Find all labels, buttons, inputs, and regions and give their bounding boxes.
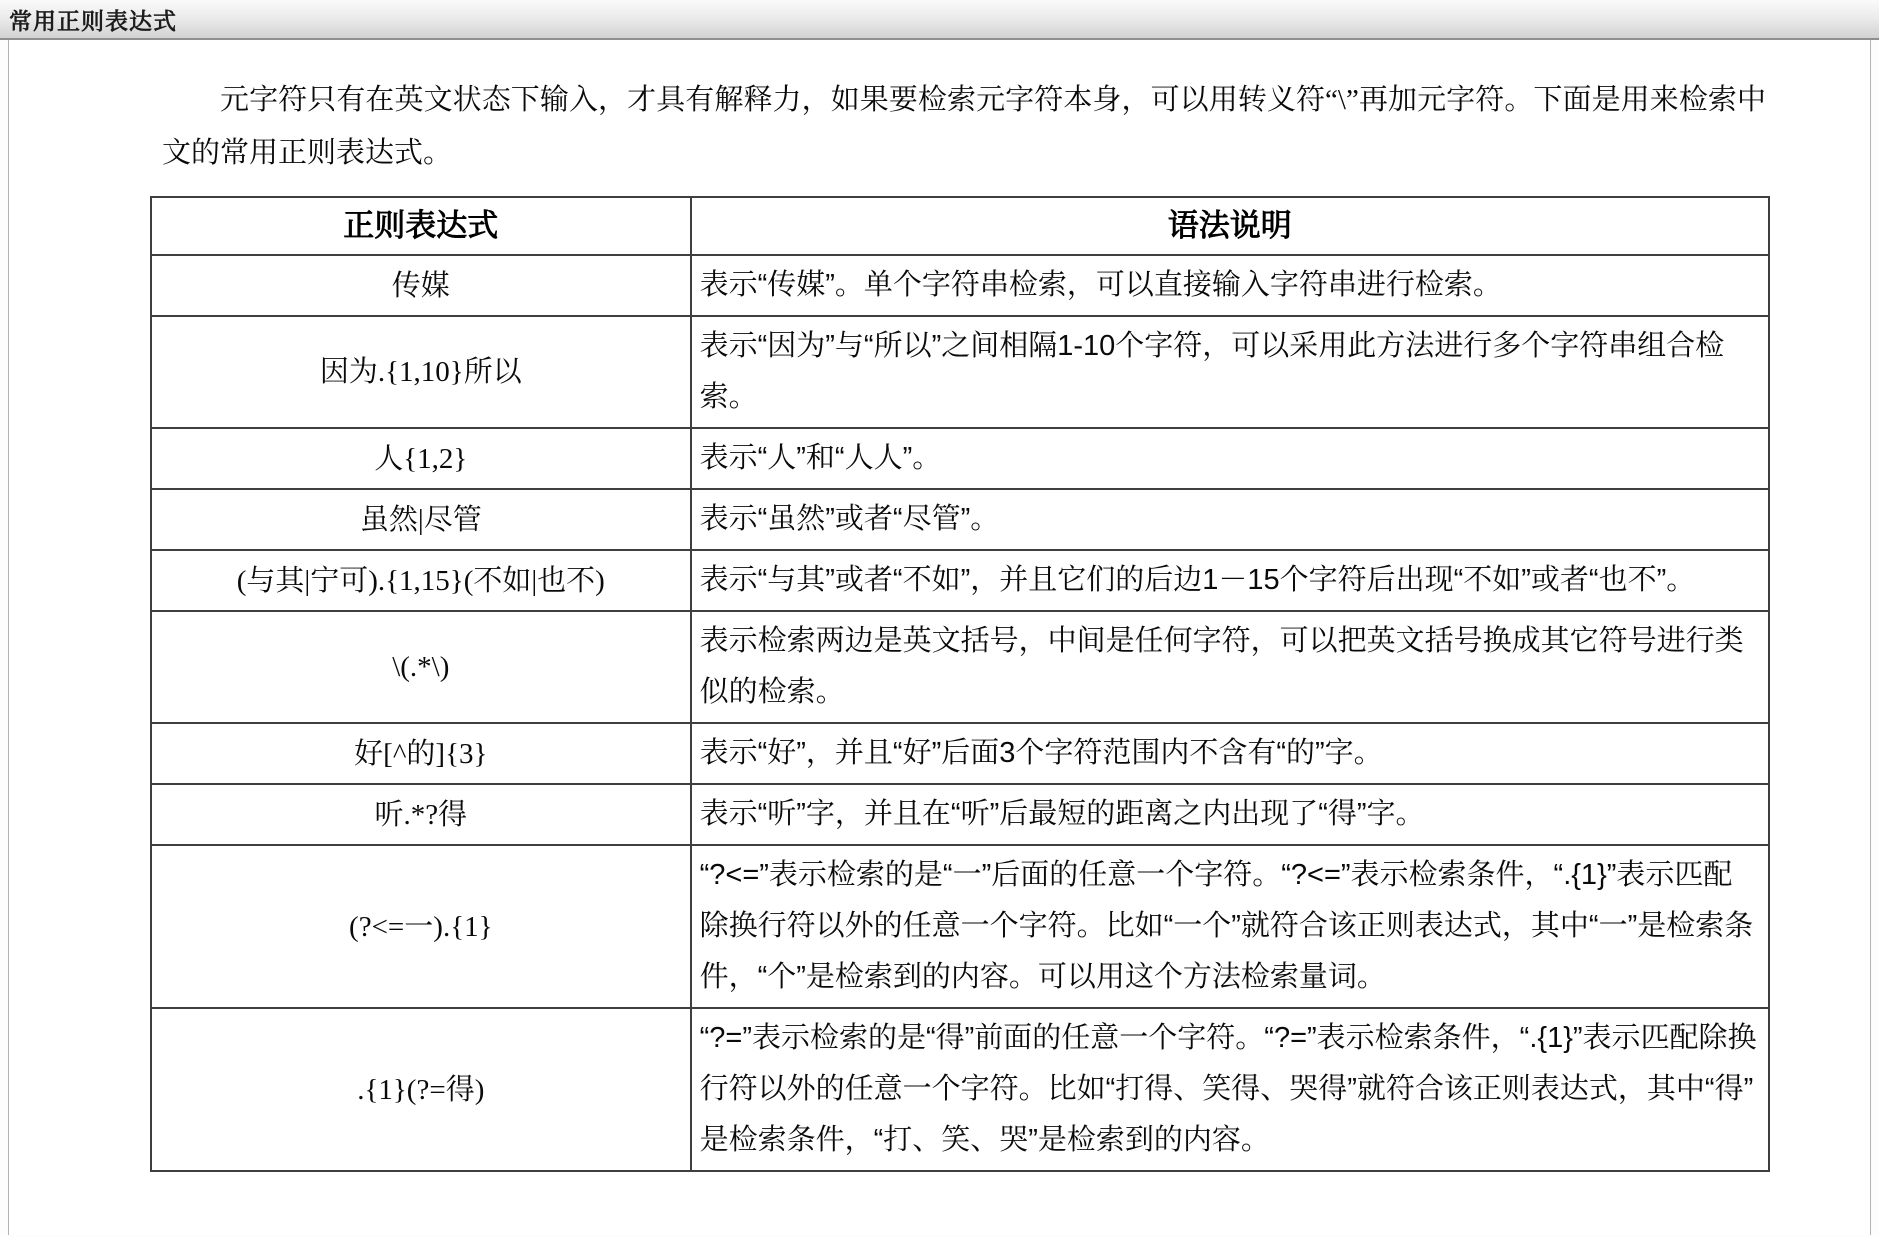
table-row: \(.*\) 表示检索两边是英文括号，中间是任何字符，可以把英文括号换成其它符号…	[151, 611, 1769, 723]
document-content: 元字符只有在英文状态下输入，才具有解释力，如果要检索元字符本身，可以用转义符“\…	[9, 40, 1870, 1172]
table-row: .{1}(?=得) “?=”表示检索的是“得”前面的任意一个字符。“?=”表示检…	[151, 1008, 1769, 1171]
window-title-bar: 常用正则表达式	[0, 0, 1879, 40]
table-row: (?<=一).{1} “?<=”表示检索的是“一”后面的任意一个字符。“?<=”…	[151, 845, 1769, 1008]
pattern-cell: \(.*\)	[151, 611, 691, 723]
table-row: 传媒 表示“传媒”。单个字符串检索，可以直接输入字符串进行检索。	[151, 255, 1769, 316]
document-page: 元字符只有在英文状态下输入，才具有解释力，如果要检索元字符本身，可以用转义符“\…	[8, 40, 1871, 1235]
explanation-cell: “?<=”表示检索的是“一”后面的任意一个字符。“?<=”表示检索条件，“.{1…	[691, 845, 1769, 1008]
explanation-cell: “?=”表示检索的是“得”前面的任意一个字符。“?=”表示检索条件，“.{1}”…	[691, 1008, 1769, 1171]
explanation-cell: 表示“人”和“人人”。	[691, 428, 1769, 489]
regex-table-body: 传媒 表示“传媒”。单个字符串检索，可以直接输入字符串进行检索。 因为.{1,1…	[151, 255, 1769, 1171]
table-row: 因为.{1,10}所以 表示“因为”与“所以”之间相隔1-10个字符，可以采用此…	[151, 316, 1769, 428]
intro-paragraph: 元字符只有在英文状态下输入，才具有解释力，如果要检索元字符本身，可以用转义符“\…	[162, 74, 1766, 180]
table-row: 人{1,2} 表示“人”和“人人”。	[151, 428, 1769, 489]
pattern-cell: 好[^的]{3}	[151, 723, 691, 784]
header-explanation: 语法说明	[691, 197, 1769, 255]
pattern-cell: 传媒	[151, 255, 691, 316]
pattern-cell: 虽然|尽管	[151, 489, 691, 550]
table-row: 虽然|尽管 表示“虽然”或者“尽管”。	[151, 489, 1769, 550]
pattern-cell: 人{1,2}	[151, 428, 691, 489]
pattern-cell: (与其|宁可).{1,15}(不如|也不)	[151, 550, 691, 611]
table-row: 听.*?得 表示“听”字，并且在“听”后最短的距离之内出现了“得”字。	[151, 784, 1769, 845]
regex-table: 正则表达式 语法说明 传媒 表示“传媒”。单个字符串检索，可以直接输入字符串进行…	[150, 196, 1770, 1172]
table-row: (与其|宁可).{1,15}(不如|也不) 表示“与其”或者“不如”，并且它们的…	[151, 550, 1769, 611]
pattern-cell: (?<=一).{1}	[151, 845, 691, 1008]
explanation-cell: 表示“传媒”。单个字符串检索，可以直接输入字符串进行检索。	[691, 255, 1769, 316]
explanation-cell: 表示检索两边是英文括号，中间是任何字符，可以把英文括号换成其它符号进行类似的检索…	[691, 611, 1769, 723]
header-pattern: 正则表达式	[151, 197, 691, 255]
explanation-cell: 表示“听”字，并且在“听”后最短的距离之内出现了“得”字。	[691, 784, 1769, 845]
explanation-cell: 表示“虽然”或者“尽管”。	[691, 489, 1769, 550]
pattern-cell: 因为.{1,10}所以	[151, 316, 691, 428]
pattern-cell: .{1}(?=得)	[151, 1008, 691, 1171]
explanation-cell: 表示“好”，并且“好”后面3个字符范围内不含有“的”字。	[691, 723, 1769, 784]
regex-table-header: 正则表达式 语法说明	[151, 197, 1769, 255]
explanation-cell: 表示“与其”或者“不如”，并且它们的后边1－15个字符后出现“不如”或者“也不”…	[691, 550, 1769, 611]
explanation-cell: 表示“因为”与“所以”之间相隔1-10个字符，可以采用此方法进行多个字符串组合检…	[691, 316, 1769, 428]
header-row: 正则表达式 语法说明	[151, 197, 1769, 255]
table-row: 好[^的]{3} 表示“好”，并且“好”后面3个字符范围内不含有“的”字。	[151, 723, 1769, 784]
page-title: 常用正则表达式	[9, 3, 177, 36]
pattern-cell: 听.*?得	[151, 784, 691, 845]
